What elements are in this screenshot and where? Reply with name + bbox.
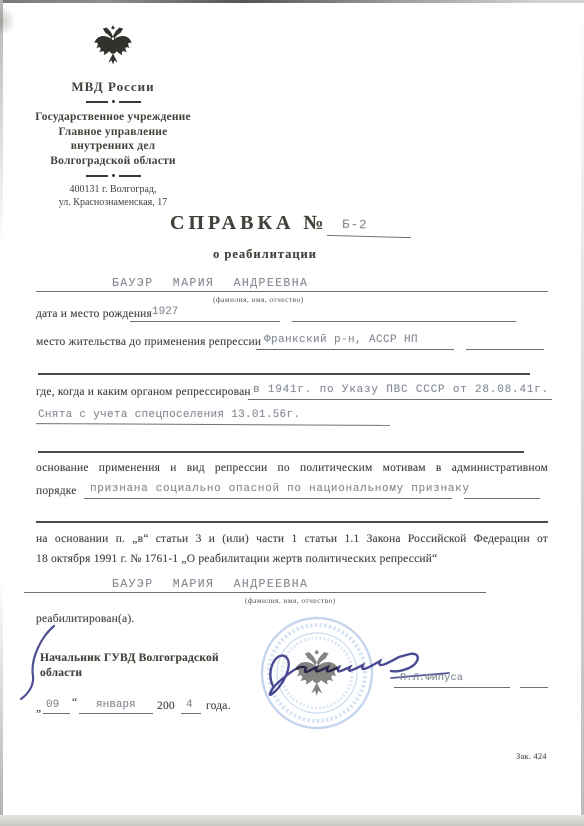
- person-name-field: БАУЭР МАРИЯ АНДРЕЕВНА: [112, 277, 308, 290]
- scan-corner-blotch: [0, 6, 16, 36]
- letterhead: МВД России Государственное учреждение Гл…: [25, 20, 201, 209]
- org-line: Государственное учреждение: [25, 110, 201, 125]
- fio-hint: (фамилия, имя, отчество): [213, 295, 304, 304]
- residence-underline-2: [466, 349, 544, 350]
- residence-underline: [256, 349, 454, 350]
- date-word: года.: [206, 700, 231, 712]
- org-line: Волгоградской области: [25, 154, 201, 169]
- repression-value-2: Снята с учета спецпоселения 13.01.56г.: [38, 409, 300, 421]
- basis-label-line1: основание применения и вид репрессии по …: [36, 462, 548, 474]
- org-line: внутренних дел: [25, 139, 201, 154]
- document-subtitle: о реабилитации: [200, 247, 330, 262]
- scan-bottom-edge: [0, 815, 584, 826]
- certificate-number: Б-2: [342, 218, 368, 233]
- signature-ink: [263, 628, 473, 708]
- name-underline-2: [24, 592, 486, 593]
- print-order-number: Зак. 424: [516, 751, 547, 761]
- repression-underline: [248, 399, 552, 400]
- basis-label-line2: порядке: [36, 485, 77, 497]
- residence-value: Франкский р-н, АССР НП: [264, 334, 418, 346]
- agency-name: МВД России: [25, 79, 201, 95]
- residence-label: место жительства до применения репрессии: [36, 336, 261, 348]
- address-line: 400131 г. Волгоград,: [25, 184, 201, 197]
- scan-left-edge: [0, 0, 3, 826]
- scanned-certificate-page: МВД России Государственное учреждение Гл…: [0, 0, 584, 826]
- address-line: ул. Краснознаменская, 17: [25, 197, 201, 210]
- date-month-underline: [79, 713, 153, 714]
- document-title: СПРАВКА №: [170, 212, 327, 235]
- signer-underline-2: [520, 687, 548, 688]
- date-century: 200: [157, 700, 175, 712]
- blank-line-rule: [38, 373, 530, 375]
- person-name-field-2: БАУЭР МАРИЯ АНДРЕЕВНА: [112, 578, 308, 591]
- date-day: 09: [46, 699, 59, 711]
- birth-underline: [130, 321, 280, 322]
- basis-underline-2: [464, 498, 540, 499]
- blank-line-rule: [36, 521, 548, 523]
- fio-hint-2: (фамилия, имя, отчество): [245, 596, 336, 605]
- birth-underline-2: [292, 321, 516, 322]
- birth-label: дата и место рождения: [36, 308, 152, 320]
- date-year-digit: 4: [186, 699, 193, 711]
- org-line: Главное управление: [25, 125, 201, 140]
- coat-of-arms-eagle-icon: [92, 20, 134, 68]
- law-line1: на основании п. „в“ статьи 3 и (или) час…: [36, 533, 548, 545]
- basis-value: признана социально опасной по национальн…: [90, 483, 470, 495]
- number-underline: [327, 235, 411, 238]
- law-line2: 18 октября 1991 г. № 1761-1 „О реабилита…: [36, 553, 437, 565]
- date-quote-close: “: [72, 697, 77, 709]
- repression-underline-2: [36, 423, 390, 426]
- date-quote-open: „: [36, 702, 41, 714]
- date-day-underline: [43, 713, 70, 714]
- repression-label: где, когда и каким органом репрессирован: [36, 386, 251, 398]
- basis-underline: [84, 498, 452, 499]
- date-month: января: [96, 699, 136, 711]
- repression-value: в 1941г. по Указу ПВС СССР от 28.08.41г.: [253, 384, 549, 396]
- signer-underline: [394, 687, 510, 688]
- letterhead-divider: [25, 100, 201, 103]
- birth-value: 1927: [152, 306, 178, 318]
- scan-top-edge: [0, 0, 584, 3]
- blank-line-rule: [38, 451, 524, 453]
- signer-name: П.Л.Фипуса: [400, 672, 463, 684]
- name-underline: [36, 291, 548, 292]
- letterhead-divider: [25, 174, 201, 177]
- date-year-underline: [181, 713, 201, 714]
- pen-stroke: [18, 622, 68, 702]
